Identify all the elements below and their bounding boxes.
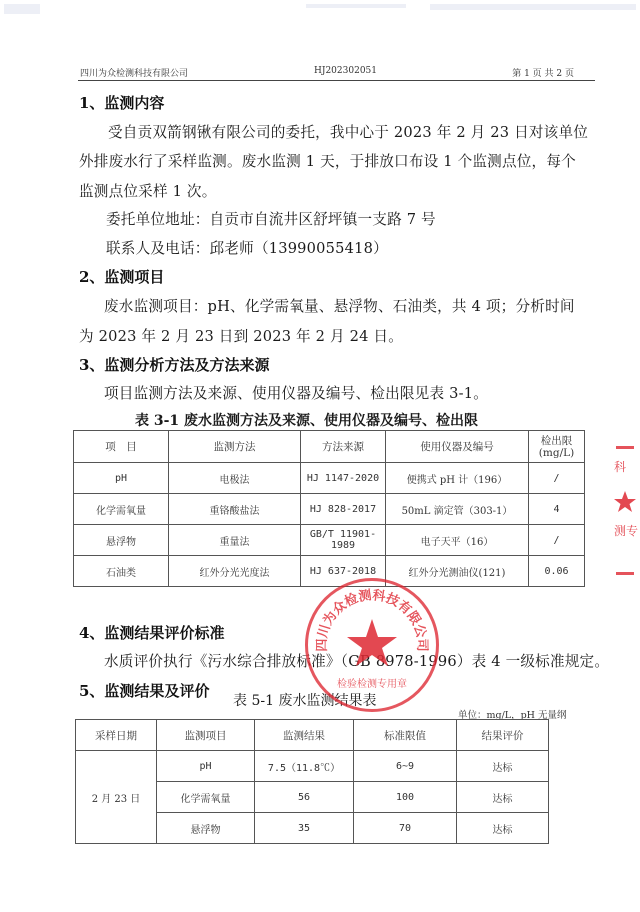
- cell-limit: /: [529, 525, 585, 556]
- cell-sample-date: 2 月 23 日: [76, 751, 157, 844]
- cell-method: 电极法: [169, 463, 301, 494]
- cell-result: 7.5（11.8℃）: [255, 751, 354, 782]
- client-address: 委托单位地址：自贡市自流井区舒坪镇一支路 7 号: [106, 208, 436, 229]
- cell-item: 悬浮物: [157, 813, 255, 844]
- col-header-instrument: 使用仪器及编号: [386, 431, 529, 463]
- table-row: 化学需氧量 重铬酸盐法 HJ 828-2017 50mL 滴定管（303-1） …: [74, 494, 585, 525]
- cell-source: GB/T 11901-1989: [301, 525, 386, 556]
- cell-item: 化学需氧量: [157, 782, 255, 813]
- table-3-1-header-row: 项 目 监测方法 方法来源 使用仪器及编号 检出限 (mg/L): [74, 431, 585, 463]
- col-header-source: 方法来源: [301, 431, 386, 463]
- cell-method: 重铬酸盐法: [169, 494, 301, 525]
- cell-item: 化学需氧量: [74, 494, 169, 525]
- section-2-title: 2、监测项目: [79, 266, 164, 287]
- page-header: 四川为众检测科技有限公司 HJ202302051 第 1 页 共 2 页: [78, 66, 578, 80]
- header-page-indicator: 第 1 页 共 2 页: [512, 66, 574, 79]
- scan-artifact: [430, 4, 636, 10]
- table-row: 悬浮物 重量法 GB/T 11901-1989 电子天平（16） /: [74, 525, 585, 556]
- table-5-1-caption: 表 5-1 废水监测结果表: [233, 690, 376, 710]
- table-5-1-header-row: 采样日期 监测项目 监测结果 标准限值 结果评价: [76, 720, 549, 751]
- col-header-detection-limit: 检出限 (mg/L): [529, 431, 585, 463]
- section-2-para-line-1: 废水监测项目：pH、化学需氧量、悬浮物、石油类，共 4 项；分析时间: [104, 295, 575, 316]
- section-5-title: 5、监测结果及评价: [79, 680, 209, 701]
- client-contact: 联系人及电话：邱老师（13990055418）: [106, 237, 388, 258]
- table-row: 2 月 23 日 pH 7.5（11.8℃） 6~9 达标: [76, 751, 549, 782]
- section-3-title: 3、监测分析方法及方法来源: [79, 354, 269, 375]
- cell-standard-limit: 6~9: [354, 751, 457, 782]
- col-header-sample-date: 采样日期: [76, 720, 157, 751]
- cell-method: 红外分光光度法: [169, 556, 301, 587]
- cell-source: HJ 828-2017: [301, 494, 386, 525]
- detection-limit-label: 检出限: [529, 435, 584, 447]
- header-report-code: HJ202302051: [314, 66, 377, 76]
- section-1-para-line-2: 外排废水行了采样监测。废水监测 1 天，于排放口布设 1 个监测点位，每个: [79, 150, 576, 171]
- table-3-1-caption: 表 3-1 废水监测方法及来源、使用仪器及编号、检出限: [135, 410, 478, 430]
- section-2-para-line-2: 为 2023 年 2 月 23 日到 2023 年 2 月 24 日。: [79, 325, 403, 346]
- table-row: pH 电极法 HJ 1147-2020 便携式 pH 计（196） /: [74, 463, 585, 494]
- side-seal-text-top: 科: [614, 458, 626, 475]
- cell-evaluation: 达标: [457, 782, 549, 813]
- col-header-evaluation: 结果评价: [457, 720, 549, 751]
- detection-limit-unit: (mg/L): [529, 447, 584, 459]
- seal-star-icon: [613, 490, 637, 514]
- cell-instrument: 便携式 pH 计（196）: [386, 463, 529, 494]
- cell-item: pH: [157, 751, 255, 782]
- side-seal-partial: 科 测专: [610, 440, 640, 590]
- section-4-para: 水质评价执行《污水综合排放标准》（GB 8978-1996）表 4 一级标准规定…: [104, 650, 609, 671]
- seal-edge: [616, 572, 634, 575]
- cell-limit: /: [529, 463, 585, 494]
- cell-limit: 0.06: [529, 556, 585, 587]
- cell-item: 悬浮物: [74, 525, 169, 556]
- cell-evaluation: 达标: [457, 751, 549, 782]
- scan-artifact: [306, 4, 406, 8]
- table-5-1: 采样日期 监测项目 监测结果 标准限值 结果评价 2 月 23 日 pH 7.5…: [75, 719, 549, 844]
- col-header-standard-limit: 标准限值: [354, 720, 457, 751]
- side-seal-text-bottom: 测专: [614, 522, 638, 539]
- header-company: 四川为众检测科技有限公司: [80, 66, 188, 79]
- cell-method: 重量法: [169, 525, 301, 556]
- section-1-title: 1、监测内容: [79, 92, 164, 113]
- table-3-1: 项 目 监测方法 方法来源 使用仪器及编号 检出限 (mg/L) pH 电极法 …: [73, 430, 585, 587]
- cell-instrument: 电子天平（16）: [386, 525, 529, 556]
- section-1-para-line-1: 受自贡双箭钢锹有限公司的委托，我中心于 2023 年 2 月 23 日对该单位: [108, 121, 588, 142]
- cell-instrument: 50mL 滴定管（303-1）: [386, 494, 529, 525]
- section-4-title: 4、监测结果评价标准: [79, 622, 224, 643]
- cell-standard-limit: 70: [354, 813, 457, 844]
- cell-item: 石油类: [74, 556, 169, 587]
- cell-source: HJ 637-2018: [301, 556, 386, 587]
- seal-edge: [616, 446, 634, 449]
- cell-result: 35: [255, 813, 354, 844]
- cell-item: pH: [74, 463, 169, 494]
- cell-result: 56: [255, 782, 354, 813]
- cell-instrument: 红外分光测油仪(121): [386, 556, 529, 587]
- col-header-item: 监测项目: [157, 720, 255, 751]
- scan-artifact: [4, 4, 40, 14]
- table-row: 石油类 红外分光光度法 HJ 637-2018 红外分光测油仪(121) 0.0…: [74, 556, 585, 587]
- cell-standard-limit: 100: [354, 782, 457, 813]
- col-header-item: 项 目: [74, 431, 169, 463]
- col-header-method: 监测方法: [169, 431, 301, 463]
- header-divider: [78, 80, 595, 81]
- cell-source: HJ 1147-2020: [301, 463, 386, 494]
- svg-text:检验检测专用章: 检验检测专用章: [337, 677, 407, 690]
- cell-evaluation: 达标: [457, 813, 549, 844]
- svg-text:四川为众检测科技有限公司: 四川为众检测科技有限公司: [315, 587, 430, 652]
- cell-limit: 4: [529, 494, 585, 525]
- col-header-result: 监测结果: [255, 720, 354, 751]
- section-1-para-line-3: 监测点位采样 1 次。: [79, 180, 217, 201]
- section-3-para: 项目监测方法及来源、使用仪器及编号、检出限见表 3-1。: [104, 382, 488, 403]
